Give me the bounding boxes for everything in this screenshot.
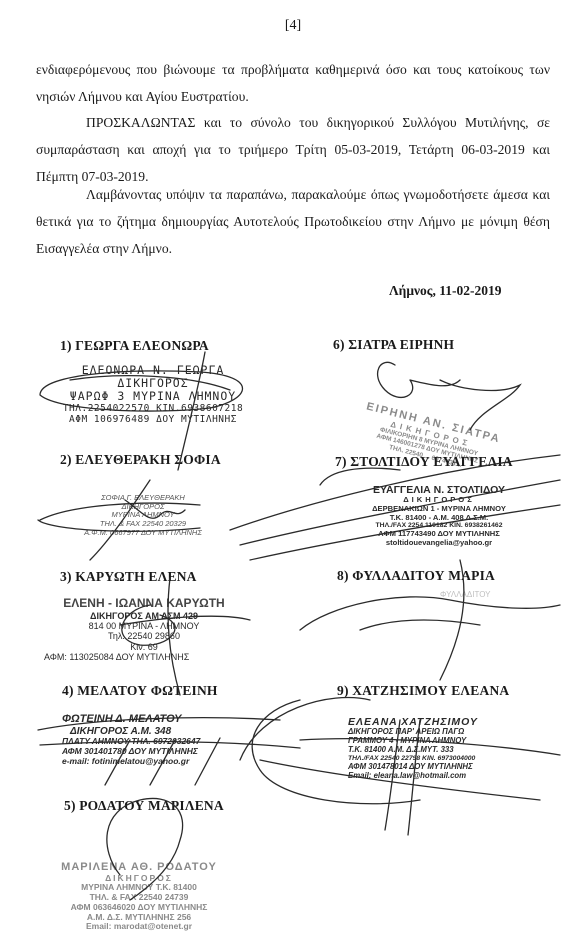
stamp-line: ΤΗΛ.2254022570 ΚΙΝ.6938607218 bbox=[48, 404, 258, 415]
stamp-line: 814 00 ΜΥΡΙΝΑ - ΛΗΜΝΟΥ bbox=[44, 621, 244, 631]
signatory-5-stamp: ΜΑΡΙΛΕΝΑ ΑΘ. ΡΟΔΑΤΟΥ ΔΙΚΗΓΟΡΟΣ ΜΥΡΙΝΑ ΛΗ… bbox=[54, 861, 224, 932]
stamp-line: ΨΑΡΩΦ 3 ΜΥΡΙΝΑ ΛΗΜΝΟΥ bbox=[48, 390, 258, 403]
signatory-7-name: 7) ΣΤΟΛΤΙΔΟΥ ΕΥΑΓΓΕΛΙΑ bbox=[335, 454, 513, 470]
signatory-1-name: 1) ΓΕΩΡΓΑ ΕΛΕΟΝΩΡΑ bbox=[60, 338, 209, 354]
signatory-4-stamp: ΦΩΤΕΙΝΗ Δ. ΜΕΛΑΤΟΥ ΔΙΚΗΓΟΡΟΣ Α.Μ. 348 ΠΛ… bbox=[62, 713, 212, 766]
signatory-3-name: 3) ΚΑΡΥΩΤΗ ΕΛΕΝΑ bbox=[60, 569, 197, 585]
stamp-line: Email: eleana.law@hotmail.com bbox=[348, 772, 518, 781]
signatory-6-name: 6) ΣΙΑΤΡΑ ΕΙΡΗΝΗ bbox=[333, 337, 454, 353]
signatory-2-stamp: ΣΟΦΙΑ Γ. ΕΛΕΥΘΕΡΑΚΗ ΔΙΚΗΓΟΡΟΣ ΜΥΡΙΝΑ ΛΗΜ… bbox=[68, 494, 218, 537]
stamp-line: ΔΙΚΗΓΟΡΟΣ ΑΜ ΔΣΜ 429 bbox=[44, 611, 244, 621]
stamp-line: ΦΩΤΕΙΝΗ Δ. ΜΕΛΑΤΟΥ bbox=[62, 713, 212, 726]
place-date: Λήμνος, 11-02-2019 bbox=[389, 283, 501, 299]
stamp-line: ΦΥΛΛΑΔΙΤΟΥ bbox=[440, 590, 491, 599]
signatory-9-name: 9) ΧΑΤΖΗΣΙΜΟΥ ΕΛΕΑΝΑ bbox=[337, 683, 509, 699]
stamp-line: ΜΑΡΙΛΕΝΑ ΑΘ. ΡΟΔΑΤΟΥ bbox=[54, 861, 224, 874]
stamp-line: ΑΦΜ: 113025084 ΔΟΥ ΜΥΤΙΛΗΝΗΣ bbox=[44, 652, 244, 662]
signatory-3-stamp: ΕΛΕΝΗ - ΙΩΑΝΝΑ ΚΑΡΥΩΤΗ ΔΙΚΗΓΟΡΟΣ ΑΜ ΔΣΜ … bbox=[44, 597, 244, 663]
page-number: [4] bbox=[0, 18, 586, 34]
stamp-line: Κιν. 69 bbox=[44, 642, 244, 652]
stamp-line: Τ.Κ. 81400 Α.Μ. Δ.Σ.ΜΥΤ. 333 bbox=[348, 746, 518, 755]
stamp-line: e-mail: fotinimelatou@yahoo.gr bbox=[62, 757, 212, 767]
signatory-5-name: 5) ΡΟΔΑΤΟΥ ΜΑΡΙΛΕΝΑ bbox=[64, 798, 224, 814]
stamp-line: Α.Φ.Μ. 0667977 ΔΟΥ ΜΥΤΙΛΗΝΗΣ bbox=[68, 529, 218, 538]
stamp-line: Τ.Κ. 81400 - Α.Μ. 408 Δ.Σ.Μ. bbox=[340, 514, 538, 523]
signatory-9-stamp: ΕΛΕΑΝΑ ΧΑΤΖΗΣΙΜΟΥ ΔΙΚΗΓΟΡΟΣ ΠΑΡ' ΑΡΕΙΩ Π… bbox=[348, 716, 518, 781]
paragraph-continuation: ενδιαφερόμενους που βιώνουμε τα προβλήμα… bbox=[36, 56, 550, 110]
paragraph-request: Λαμβάνοντας υπόψιν τα παραπάνω, παρακαλο… bbox=[36, 181, 550, 262]
stamp-line: Τηλ. 22540 29860 bbox=[44, 631, 244, 641]
signatory-4-name: 4) ΜΕΛΑΤΟΥ ΦΩΤΕΙΝΗ bbox=[62, 683, 218, 699]
paragraph-invitation: ΠΡΟΣΚΑΛΩΝΤΑΣ και το σύνολο του δικηγορικ… bbox=[36, 109, 550, 190]
signatory-2-name: 2) ΕΛΕΥΘΕΡΑΚΗ ΣΟΦΙΑ bbox=[60, 452, 221, 468]
stamp-line: Email: marodat@otenet.gr bbox=[54, 922, 224, 932]
signatory-7-stamp: ΕΥΑΓΓΕΛΙΑ Ν. ΣΤΟΛΤΙΔΟΥ ΔΙΚΗΓΟΡΟΣ ΔΕΡΒΕΝΑ… bbox=[340, 484, 538, 547]
signatory-8-stamp: ΦΥΛΛΑΔΙΤΟΥ bbox=[440, 590, 491, 599]
signatory-1-stamp: ΕΛΕΟΝΩΡΑ Ν. ΓΕΩΡΓΑ ΔΙΚΗΓΟΡΟΣ ΨΑΡΩΦ 3 ΜΥΡ… bbox=[48, 364, 258, 426]
signatory-8-name: 8) ΦΥΛΛΑΔΙΤΟΥ ΜΑΡΙΑ bbox=[337, 568, 495, 584]
stamp-line: stoltidouevangelia@yahoo.gr bbox=[340, 539, 538, 548]
signatory-6-stamp: ΕΙΡΗΝΗ ΑΝ. ΣΙΑΤΡΑ ΔΙΚΗΓΟΡΟΣ ΦΙΛΙΚΟΡΙΗΝ 8… bbox=[327, 393, 532, 484]
stamp-line: ΕΛΕΝΗ - ΙΩΑΝΝΑ ΚΑΡΥΩΤΗ bbox=[44, 597, 244, 611]
stamp-line: ΑΦΜ 106976489 ΔΟΥ ΜΥΤΙΛΗΝΗΣ bbox=[48, 415, 258, 426]
